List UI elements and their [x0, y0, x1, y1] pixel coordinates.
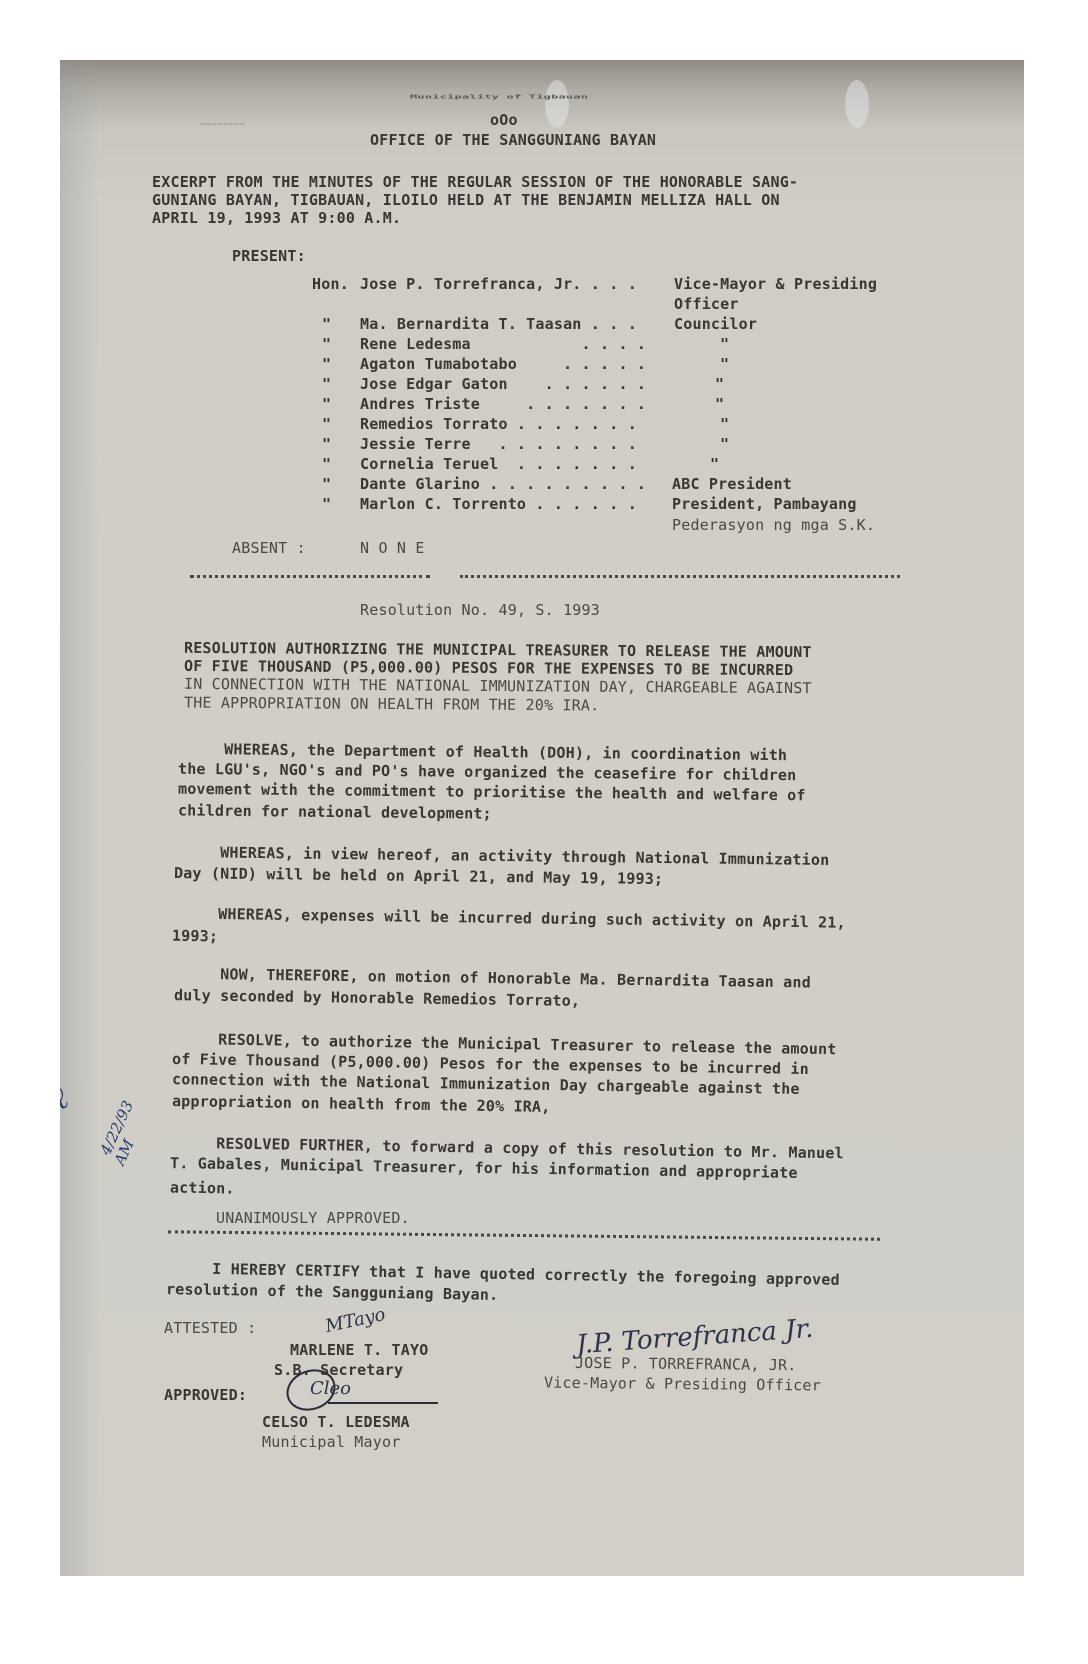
member-name: Rene Ledesma . . . .: [360, 334, 646, 354]
attested-label: ATTESTED :: [164, 1318, 256, 1338]
resolve-line-4: appropriation on health from the 20% IRA…: [172, 1091, 551, 1117]
excerpt-line-1: EXCERPT FROM THE MINUTES OF THE REGULAR …: [152, 172, 798, 192]
member-prefix: ": [322, 454, 331, 474]
punch-hole: [845, 80, 869, 128]
member-prefix: ": [322, 334, 331, 354]
mayor-title: Municipal Mayor: [262, 1432, 400, 1452]
member-position-cont: Pederasyon ng mga S.K.: [672, 515, 875, 535]
mayor-name: CELSO T. LEDESMA: [262, 1412, 410, 1432]
absent-label: ABSENT :: [232, 538, 306, 558]
punch-hole: [545, 80, 569, 128]
excerpt-line-3: APRIL 19, 1993 AT 9:00 A.M.: [152, 208, 401, 228]
member-position: ": [720, 334, 729, 354]
approved-label: APPROVED:: [164, 1385, 247, 1405]
vice-mayor-name: JOSE P. TORREFRANCA, JR.: [575, 1353, 797, 1375]
member-prefix: Hon.: [312, 274, 349, 294]
member-name: Marlon C. Torrento . . . . . .: [360, 494, 637, 514]
office-title: OFFICE OF THE SANGGUNIANG BAYAN: [370, 130, 656, 150]
secretary-signature: MTayo: [323, 1304, 387, 1337]
mayor-signature-stroke: [328, 1402, 438, 1404]
margin-note-ampm: AM: [110, 1137, 137, 1168]
member-position: ABC President: [672, 474, 792, 494]
member-prefix: ": [322, 414, 331, 434]
member-position: Councilor: [674, 314, 757, 334]
member-position: ": [720, 354, 729, 374]
member-prefix: ": [322, 354, 331, 374]
member-name: Jose P. Torrefranca, Jr. . . .: [360, 274, 637, 294]
whereas-3-line-2: 1993;: [172, 926, 218, 947]
unanimous-approval: UNANIMOUSLY APPROVED.: [216, 1208, 410, 1228]
member-prefix: ": [322, 314, 331, 334]
margin-initial-mark: ℓ: [60, 1081, 74, 1118]
member-name: Ma. Bernardita T. Taasan . . .: [360, 314, 637, 334]
member-name: Jose Edgar Gaton . . . . . .: [360, 374, 646, 394]
member-prefix: ": [322, 394, 331, 414]
vice-mayor-title: Vice-Mayor & Presiding Officer: [544, 1373, 821, 1396]
member-position: Vice-Mayor & Presiding: [674, 274, 877, 294]
member-prefix: ": [322, 374, 331, 394]
member-position-cont: Officer: [674, 294, 739, 314]
member-name: Jessie Terre . . . . . . . .: [360, 434, 637, 454]
resolution-number: Resolution No. 49, S. 1993: [360, 600, 600, 620]
resolved-further-line-3: action.: [170, 1177, 235, 1198]
member-position: ": [720, 434, 729, 454]
whereas-3-line-1: WHEREAS, expenses will be incurred durin…: [172, 903, 846, 932]
member-name: Agaton Tumabotabo . . . . .: [360, 354, 646, 374]
member-prefix: ": [322, 474, 331, 494]
absent-value: N O N E: [360, 538, 425, 558]
stamp-smudge: ~~~~~~~~: [200, 115, 245, 135]
divider-dashes: [190, 575, 430, 578]
now-therefore-line-2: duly seconded by Honorable Remedios Torr…: [174, 985, 580, 1011]
divider-dashes: [460, 575, 900, 578]
member-name: Andres Triste . . . . . . .: [360, 394, 646, 414]
header-ornament: oOo: [490, 110, 518, 130]
cut-off-header-line: Municipality of Tigbauan: [410, 92, 588, 101]
whereas-1-line-4: children for national development;: [178, 800, 492, 823]
member-name: Cornelia Teruel . . . . . . .: [360, 454, 637, 474]
document-page: ~~~~~~~~ Municipality of Tigbauan oOo OF…: [60, 60, 1024, 1576]
member-prefix: ": [322, 494, 331, 514]
mayor-signature: Cleo: [310, 1378, 351, 1399]
divider-dashes: [168, 1230, 880, 1240]
member-name: Remedios Torrato . . . . . . .: [360, 414, 637, 434]
resolution-title-line-4: THE APPROPRIATION ON HEALTH FROM THE 20%…: [184, 693, 600, 716]
member-position: ": [715, 374, 724, 394]
member-prefix: ": [322, 434, 331, 454]
present-label: PRESENT:: [232, 246, 306, 266]
member-position: President, Pambayang: [672, 494, 857, 514]
member-name: Dante Glarino . . . . . . . . .: [360, 474, 646, 494]
excerpt-line-2: GUNIANG BAYAN, TIGBAUAN, ILOILO HELD AT …: [152, 190, 780, 210]
secretary-name: MARLENE T. TAYO: [290, 1340, 428, 1360]
member-position: ": [720, 414, 729, 434]
member-position: ": [710, 454, 719, 474]
member-position: ": [715, 394, 724, 414]
